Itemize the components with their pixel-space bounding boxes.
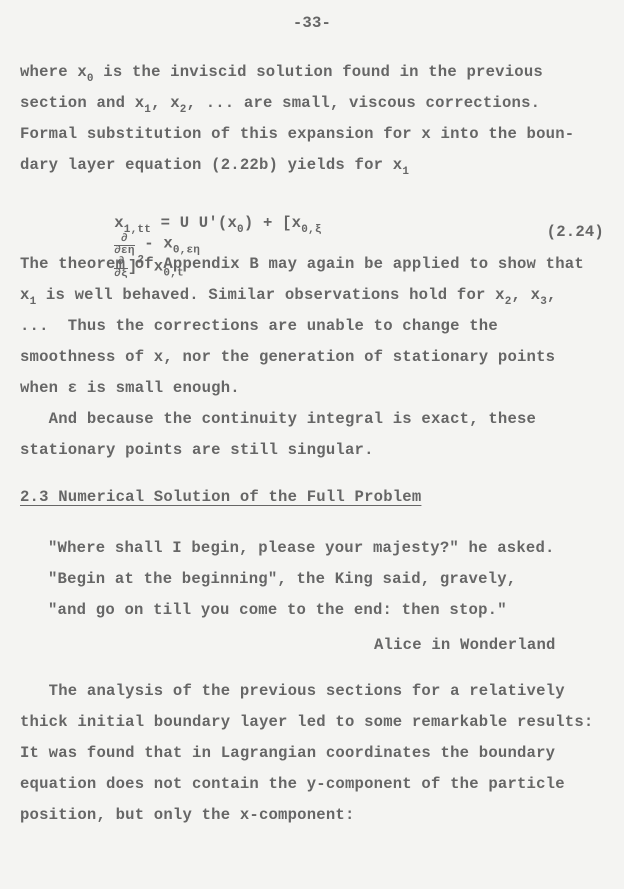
- epigraph-line: "Begin at the beginning", the King said,…: [48, 570, 516, 588]
- text-line: Formal substitution of this expansion fo…: [20, 125, 574, 143]
- text-line: It was found that in Lagrangian coordina…: [20, 744, 555, 762]
- text-line: The theorem of Appendix B may again be a…: [20, 255, 584, 273]
- epigraph-line: "Where shall I begin, please your majest…: [48, 539, 555, 557]
- equation-2-24: x1,tt = U U'(x0) + [x0,ξ ∂∂εη - x0,εη ∂∂…: [76, 196, 322, 296]
- text-line: x1 is well behaved. Similar observations…: [20, 286, 557, 304]
- partial-fraction-1: ∂∂εη: [114, 234, 134, 257]
- text-line: And because the continuity integral is e…: [20, 410, 536, 428]
- text-line: stationary points are still singular.: [20, 441, 374, 459]
- epigraph-line: "and go on till you come to the end: the…: [48, 601, 507, 619]
- document-page: -33- where x0 is the inviscid solution f…: [0, 0, 624, 889]
- text-line: dary layer equation (2.22b) yields for x…: [20, 156, 409, 174]
- equation-number: (2.24): [547, 223, 604, 241]
- text-line: equation does not contain the y-componen…: [20, 775, 565, 793]
- text-line: smoothness of x, nor the generation of s…: [20, 348, 555, 366]
- text-line: when ε is small enough.: [20, 379, 240, 397]
- text-line: The analysis of the previous sections fo…: [20, 682, 565, 700]
- text-line: section and x1, x2, ... are small, visco…: [20, 94, 540, 112]
- section-heading: 2.3 Numerical Solution of the Full Probl…: [20, 488, 421, 506]
- text-line: ... Thus the corrections are unable to c…: [20, 317, 498, 335]
- epigraph-attribution: Alice in Wonderland: [374, 636, 556, 654]
- text-line: thick initial boundary layer led to some…: [20, 713, 593, 731]
- text-line: where x0 is the inviscid solution found …: [20, 63, 543, 81]
- text-line: position, but only the x-component:: [20, 806, 355, 824]
- page-number: -33-: [0, 14, 624, 32]
